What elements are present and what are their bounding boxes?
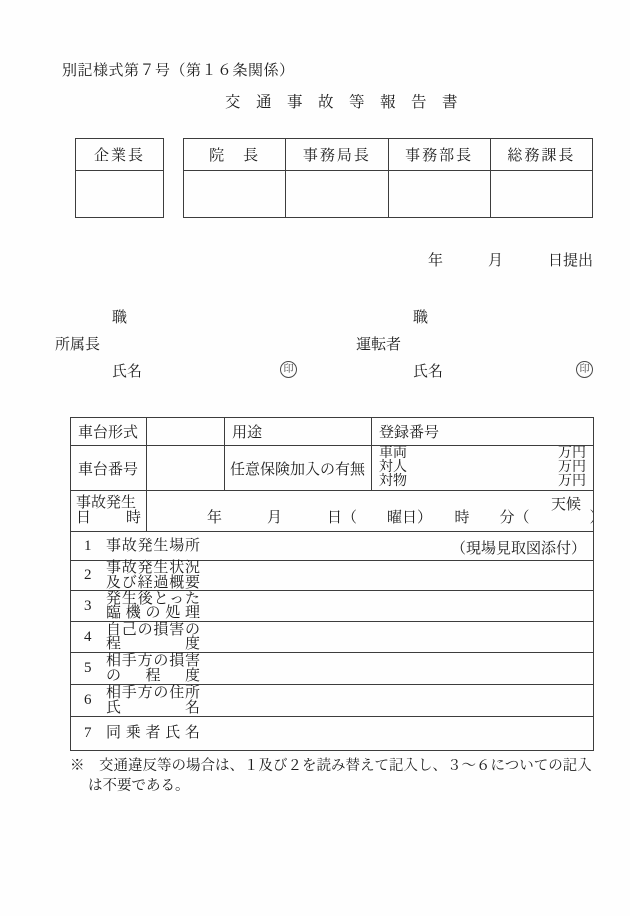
insurance-bodily-label: 対人 [379,461,407,475]
accident-report-form: 別記様式第７号（第１６条関係） 交 通 事 故 等 報 告 書 企業長 院 長 … [0,0,630,916]
approval-stamp-cell-jimubucho [389,171,490,217]
row6-label-line2: 氏名 [106,701,200,716]
row4-label-line2: 程度 [106,637,200,652]
row2-content-cell [204,561,593,590]
row5-label-line1: 相手方の損害 [106,654,200,669]
approval-col-somukacho: 総務課長 [490,139,592,217]
table-row-other-party-address: 6 相手方の住所 氏名 [71,684,593,716]
occurrence-label-line1: 事故発生 [76,496,141,511]
approval-col-incho: 院 長 [184,139,285,217]
site-sketch-note: （現場見取図添付） [451,537,586,558]
chassis-number-value-cell [146,446,224,490]
footnote-line1: ※ 交通違反等の場合は、１及び２を読み替えて記入し、３～６についての記入 [70,757,618,777]
approval-box-kigyocho: 企業長 [75,138,164,218]
driver-role-label: 職 [413,306,428,327]
row1-content-cell: （現場見取図添付） [204,532,593,560]
row3-label-line2: 臨機の処理 [106,606,200,621]
row5-label-line2: の程度 [106,669,200,684]
row6-label-line1: 相手方の住所 [106,686,200,701]
insurance-vehicle-label: 車両 [379,447,407,461]
row7-label: 7 同乗者氏名 [71,717,204,750]
driver-name-label: 氏名 [413,360,443,381]
row2-label-line1: 事故発生状況 [106,561,200,576]
supervisor-role-label: 職 [112,306,127,327]
insurance-property-label: 対物 [379,475,407,489]
row3-label: 3 発生後とった 臨機の処理 [71,591,204,621]
chassis-model-value-cell [146,418,224,445]
usage-label: 用途 [224,418,371,445]
approval-col-jimukyokucho: 事務局長 [285,139,387,217]
chassis-number-label: 車台番号 [71,446,146,490]
row6-number: 6 [84,692,106,709]
insurance-label: 任意保険加入の有無 [224,446,371,490]
form-number: 別記様式第７号（第１６条関係） [62,59,295,80]
supervisor-name-label: 氏名 [112,360,142,381]
chassis-model-label: 車台形式 [71,418,146,445]
approval-header-kigyocho: 企業長 [76,139,163,171]
approval-stamp-cell-incho [184,171,285,217]
footnote: ※ 交通違反等の場合は、１及び２を読み替えて記入し、３～６についての記入 は不要… [70,757,618,796]
row7-number: 7 [84,725,106,742]
row3-number: 3 [84,598,106,615]
row4-content-cell [204,622,593,652]
row3-label-line1: 発生後とった [106,592,200,607]
table-row-passenger-names: 7 同乗者氏名 [71,716,593,750]
driver-seal-icon: 印 [576,361,593,378]
supervisor-seal-icon: 印 [280,361,297,378]
insurance-property-unit: 万円 [558,475,586,489]
approval-header-jimukyokucho: 事務局長 [286,139,387,171]
row6-label: 6 相手方の住所 氏名 [71,685,204,716]
approval-stamp-cell-jimukyokucho [286,171,387,217]
occurrence-datetime-cell: 天候 年 月 日（ 曜日） 時 分（ ） [146,491,593,531]
insurance-bodily-unit: 万円 [558,461,586,475]
row1-label: 1 事故発生場所 [71,532,204,560]
table-row-vehicle-model: 車台形式 用途 登録番号 [71,418,593,445]
occurrence-datetime-label: 事故発生 日時 [71,491,146,531]
row4-label: 4 自己の損害の 程度 [71,622,204,652]
table-row-own-damage: 4 自己の損害の 程度 [71,621,593,652]
table-row-other-party-damage: 5 相手方の損害 の程度 [71,652,593,684]
footnote-line2: は不要である。 [88,777,618,797]
approval-col-jimubucho: 事務部長 [388,139,490,217]
driver-label: 運転者 [356,333,401,354]
approval-header-jimubucho: 事務部長 [389,139,490,171]
table-row-occurrence-datetime: 事故発生 日時 天候 年 月 日（ 曜日） 時 分（ ） [71,490,593,531]
occurrence-datetime-blanks: 年 月 日（ 曜日） 時 分（ ） [147,506,593,527]
table-row-vehicle-number: 車台番号 任意保険加入の有無 車両 万円 対人 万円 対物 万円 [71,445,593,490]
supervisor-label: 所属長 [55,333,100,354]
insurance-vehicle-unit: 万円 [558,447,586,461]
accident-detail-table: 車台形式 用途 登録番号 車台番号 任意保険加入の有無 車両 万円 対人 万円 … [70,417,594,751]
insurance-row-bodily: 対人 万円 [379,461,586,475]
row6-content-cell [204,685,593,716]
row5-content-cell [204,653,593,684]
insurance-row-vehicle: 車両 万円 [379,447,586,461]
row4-number: 4 [84,629,106,646]
row4-label-line1: 自己の損害の [106,623,200,638]
approval-stamp-cell-somukacho [491,171,592,217]
table-row-accident-situation: 2 事故発生状況 及び経過概要 [71,560,593,590]
row2-label: 2 事故発生状況 及び経過概要 [71,561,204,590]
row7-label-line1: 同乗者氏名 [106,726,200,741]
row2-label-line2: 及び経過概要 [106,576,200,591]
occurrence-label-line2: 日時 [76,511,141,526]
approval-header-incho: 院 長 [184,139,285,171]
approval-box-group: 院 長 事務局長 事務部長 総務課長 [183,138,593,218]
row1-number: 1 [84,538,106,555]
row2-number: 2 [84,567,106,584]
registration-number-label: 登録番号 [371,418,593,445]
row3-content-cell [204,591,593,621]
table-row-accident-location: 1 事故発生場所 （現場見取図添付） [71,531,593,560]
insurance-amounts-cell: 車両 万円 対人 万円 対物 万円 [371,446,593,490]
row5-number: 5 [84,660,106,677]
page-title: 交 通 事 故 等 報 告 書 [225,90,458,112]
row5-label: 5 相手方の損害 の程度 [71,653,204,684]
row1-label-line1: 事故発生場所 [106,539,200,554]
approval-header-somukacho: 総務課長 [491,139,592,171]
submit-date-line: 年 月 日提出 [428,249,593,270]
insurance-row-property: 対物 万円 [379,475,586,489]
row7-content-cell [204,717,593,750]
table-row-emergency-measures: 3 発生後とった 臨機の処理 [71,590,593,621]
